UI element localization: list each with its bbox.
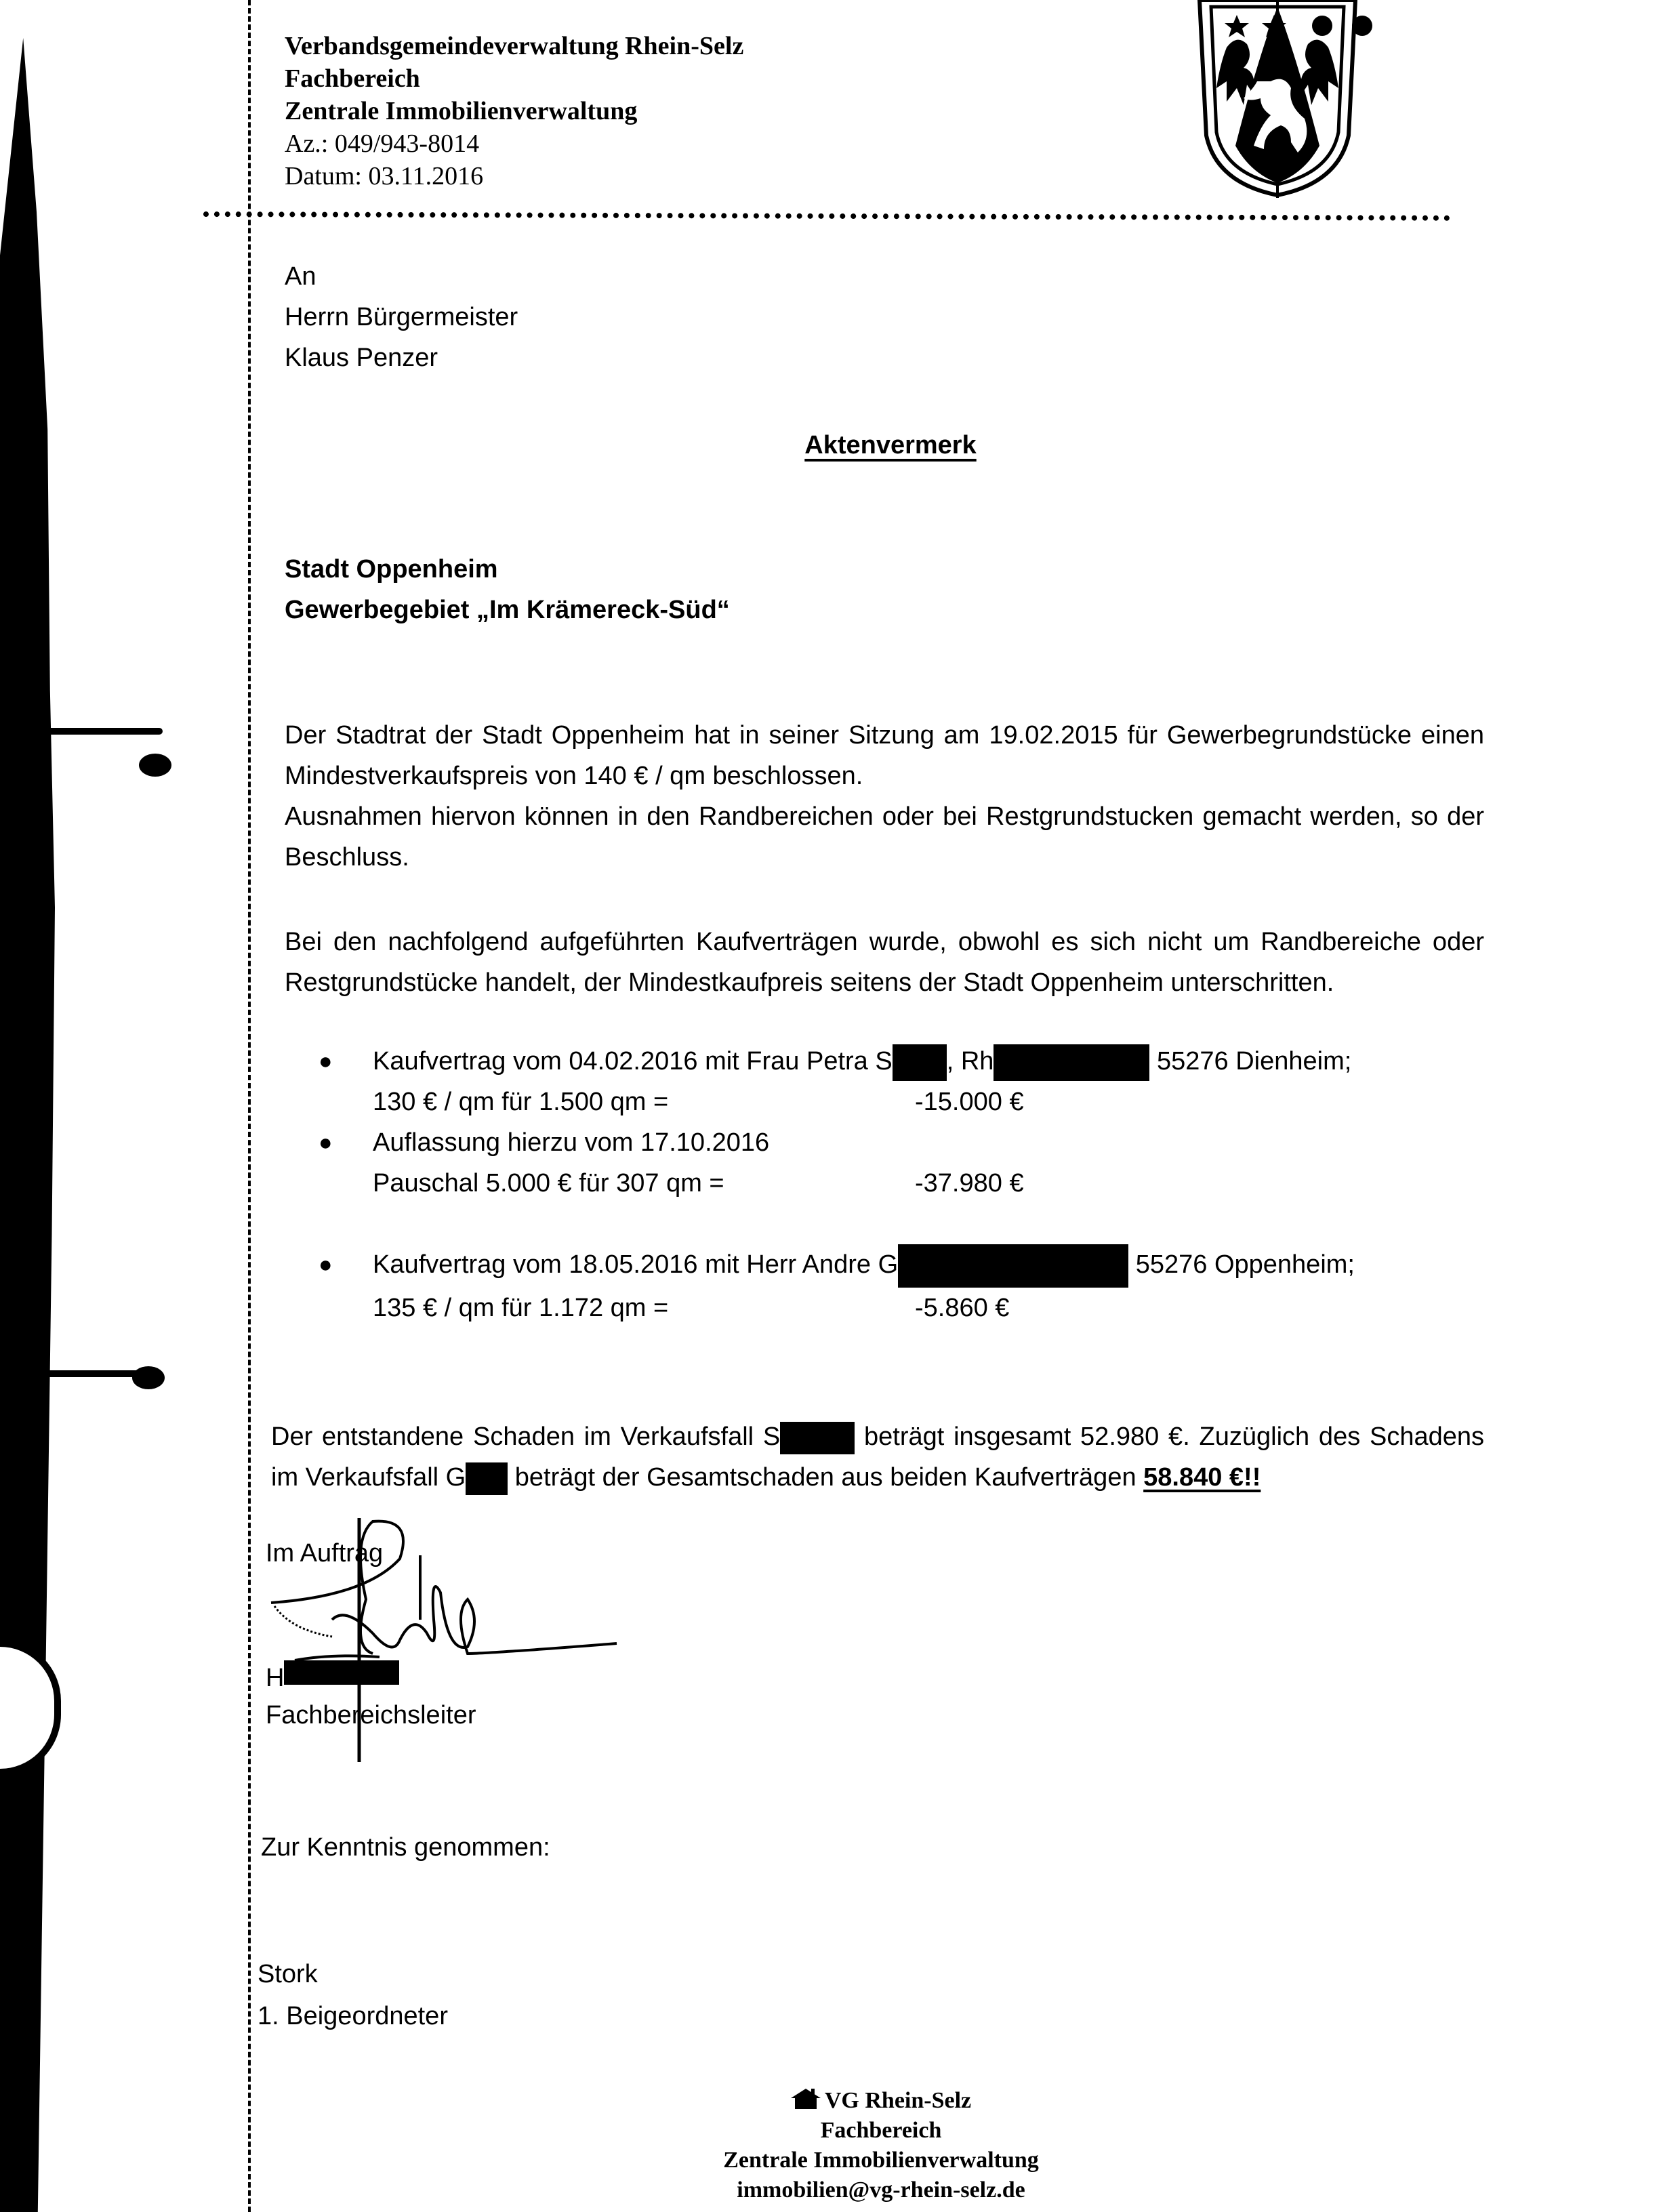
- list-item: ● Kaufvertrag vom 04.02.2016 mit Frau Pe…: [319, 1041, 1471, 1122]
- bullet-icon: ●: [319, 1041, 333, 1082]
- redaction-bar: [994, 1044, 1149, 1081]
- bullet-icon: ●: [319, 1122, 333, 1163]
- binder-ring-knob-artifact: [132, 1366, 165, 1389]
- calc-value: -15.000 €: [915, 1082, 1118, 1122]
- paragraph-resolution: Der Stadtrat der Stadt Oppenheim hat in …: [285, 715, 1484, 878]
- binder-ring-artifact: [0, 728, 163, 735]
- header-divider: [203, 211, 1450, 221]
- redaction-bar: [466, 1462, 508, 1495]
- org-name: Verbandsgemeindeverwaltung Rhein-Selz: [285, 30, 743, 62]
- reference-number: Az.: 049/943-8014: [285, 127, 743, 160]
- acknowledger-name: Stork: [258, 1954, 318, 1994]
- contract-list: ● Kaufvertrag vom 04.02.2016 mit Frau Pe…: [319, 1041, 1471, 1328]
- letterhead: Verbandsgemeindeverwaltung Rhein-Selz Fa…: [285, 30, 743, 192]
- binder-ring-knob-artifact: [139, 754, 171, 777]
- bullet-icon: ●: [319, 1244, 333, 1285]
- redaction-bar: [893, 1044, 947, 1081]
- coat-of-arms-icon: [1176, 0, 1379, 198]
- recipient-salutation: An: [285, 256, 518, 297]
- subject-area: Gewerbegebiet „Im Krämereck-Süd“: [285, 590, 730, 630]
- recipient-block: An Herrn Bürgermeister Klaus Penzer: [285, 256, 518, 378]
- recipient-title: Herrn Bürgermeister: [285, 297, 518, 337]
- calc-value: -37.980 €: [915, 1163, 1118, 1204]
- binder-edge-artifact: [0, 38, 61, 2212]
- calc-label: 130 € / qm für 1.500 qm =: [373, 1082, 915, 1122]
- org-department: Fachbereich: [285, 62, 743, 95]
- acknowledger-role: 1. Beigeordneter: [258, 1996, 448, 2036]
- acknowledgement-label: Zur Kenntnis genommen:: [261, 1827, 550, 1868]
- total-damage: 58.840 €!!: [1143, 1463, 1261, 1492]
- document-date: Datum: 03.11.2016: [285, 160, 743, 192]
- subject-city: Stadt Oppenheim: [285, 549, 730, 590]
- margin-perforation-line: [248, 0, 251, 2212]
- org-division: Zentrale Immobilienverwaltung: [285, 95, 743, 127]
- calc-label: Pauschal 5.000 € für 307 qm =: [373, 1163, 915, 1204]
- department-stamp: VG Rhein-Selz Fachbereich Zentrale Immob…: [678, 2086, 1084, 2205]
- paragraph-damage-summary: Der entstandene Schaden im Verkaufsfall …: [271, 1416, 1484, 1498]
- house-icon: [791, 2087, 821, 2109]
- list-item: ● Kaufvertrag vom 18.05.2016 mit Herr An…: [319, 1244, 1471, 1328]
- redaction-bar: [898, 1244, 1128, 1288]
- signatory-name: H: [266, 1660, 399, 1693]
- calc-label: 135 € / qm für 1.172 qm =: [373, 1288, 915, 1328]
- list-item: ● Auflassung hierzu vom 17.10.2016 Pausc…: [319, 1122, 1471, 1204]
- binder-clip-artifact: [0, 1640, 61, 1776]
- signatory-role: Fachbereichsleiter: [266, 1701, 476, 1730]
- redaction-bar: [780, 1422, 855, 1454]
- calc-value: -5.860 €: [915, 1288, 1118, 1328]
- redaction-bar: [284, 1660, 399, 1685]
- recipient-name: Klaus Penzer: [285, 337, 518, 378]
- document-title: Aktenvermerk: [0, 431, 1659, 460]
- subject-block: Stadt Oppenheim Gewerbegebiet „Im Krämer…: [285, 549, 730, 630]
- department-email: immobilien@vg-rhein-selz.de: [678, 2175, 1084, 2205]
- paragraph-violation: Bei den nachfolgend aufgeführten Kaufver…: [285, 922, 1484, 1003]
